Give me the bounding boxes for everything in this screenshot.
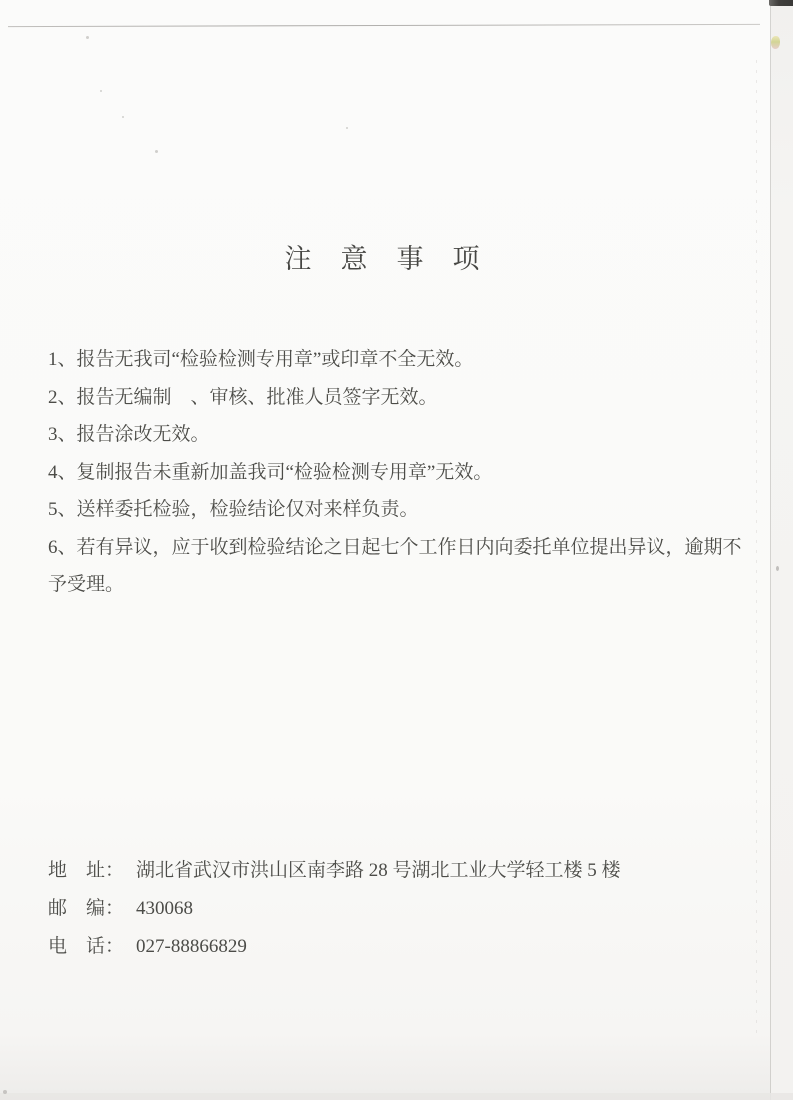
phone-value: 027-88866829 (136, 928, 247, 966)
notice-item: 5、送样委托检验，检验结论仅对来样负责。 (48, 491, 748, 529)
contact-postcode-row: 邮 编： 430068 (48, 890, 621, 928)
notice-list: 1、报告无我司“检验检测专用章”或印章不全无效。 2、报告无编制 、审核、批准人… (48, 341, 748, 604)
postcode-label: 邮 编： (48, 890, 124, 928)
contact-address-row: 地 址： 湖北省武汉市洪山区南李路 28 号湖北工业大学轻工楼 5 楼 (48, 852, 621, 890)
notice-item: 4、复制报告未重新加盖我司“检验检测专用章”无效。 (48, 454, 748, 492)
notice-item: 2、报告无编制 、审核、批准人员签字无效。 (48, 379, 748, 417)
dust-speck (86, 36, 89, 39)
contact-block: 地 址： 湖北省武汉市洪山区南李路 28 号湖北工业大学轻工楼 5 楼 邮 编：… (48, 852, 621, 966)
dust-speck (122, 116, 124, 118)
scanned-document-page: 注 意 事 项 1、报告无我司“检验检测专用章”或印章不全无效。 2、报告无编制… (0, 0, 793, 1100)
postcode-value: 430068 (136, 890, 193, 928)
dust-speck (346, 127, 348, 129)
dust-speck (155, 150, 158, 153)
scan-edge-strip (771, 0, 793, 1100)
scan-color-speck (771, 36, 780, 49)
notice-item: 3、报告涂改无效。 (48, 416, 748, 454)
scan-paper-edge-line (770, 0, 771, 1100)
scan-bottom-shadow (0, 1093, 793, 1100)
notice-item: 6、若有异议，应于收到检验结论之日起七个工作日内向委托单位提出异议，逾期不予受理… (48, 529, 748, 604)
address-label: 地 址： (48, 852, 124, 890)
phone-label: 电 话： (48, 928, 124, 966)
dust-speck (3, 1090, 7, 1094)
dust-speck (776, 566, 779, 571)
notice-item: 1、报告无我司“检验检测专用章”或印章不全无效。 (48, 341, 748, 379)
scan-fold-line (8, 24, 760, 27)
scan-smear-line (756, 60, 757, 1040)
scan-corner-shadow (769, 0, 793, 6)
page-title: 注 意 事 项 (0, 237, 793, 276)
contact-phone-row: 电 话： 027-88866829 (48, 928, 621, 966)
address-value: 湖北省武汉市洪山区南李路 28 号湖北工业大学轻工楼 5 楼 (136, 852, 621, 890)
dust-speck (100, 90, 102, 92)
